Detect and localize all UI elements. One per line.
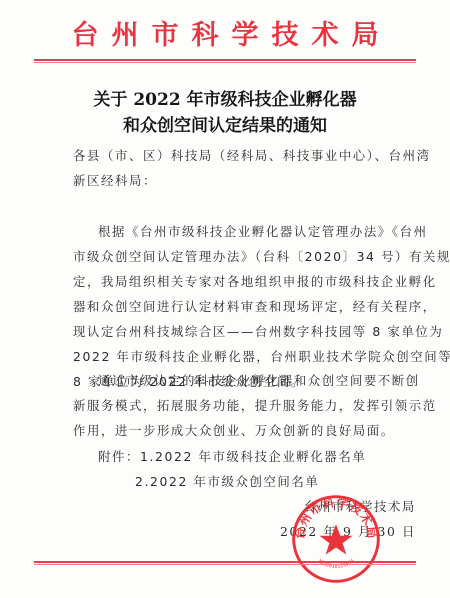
attachment-label: 附件： <box>98 449 140 464</box>
paragraph-line: 市级众创空间认定管理办法》（台科〔2020〕34 号）有关规 <box>73 244 393 269</box>
attachment-text: 1.2022 年市级科技企业孵化器名单 <box>140 449 366 464</box>
paragraph-line: 器和众创空间进行认定材料审查和现场评定，经有关程序， <box>73 294 393 319</box>
paragraph-line: 通过市级认定的科技企业孵化器和众创空间要不断创 <box>73 368 393 393</box>
signature-block: 台州市科学技术局 2022 年 9 月 30 日 <box>280 494 416 544</box>
attachment-item-2: 2.2022 年市级众创空间名单 <box>73 469 393 494</box>
signature-date: 2022 年 9 月 30 日 <box>280 519 416 544</box>
paragraph-2: 通过市级认定的科技企业孵化器和众创空间要不断创 新服务模式，拓展服务功能，提升服… <box>73 368 393 443</box>
divider-thin-line <box>34 564 416 565</box>
organization-letterhead: 台州市科学技术局 <box>34 18 416 54</box>
paragraph-line: 现认定台州科技城综合区——台州数字科技园等 8 家单位为 <box>73 319 393 344</box>
paragraph-line: 作用，进一步形成大众创业、万众创新的良好局面。 <box>73 418 393 443</box>
document-title: 关于 2022 年市级科技企业孵化器 和众创空间认定结果的通知 <box>40 87 410 139</box>
attachments: 附件：1.2022 年市级科技企业孵化器名单 2.2022 年市级众创空间名单 <box>73 444 393 494</box>
attachment-item-1: 附件：1.2022 年市级科技企业孵化器名单 <box>73 444 393 469</box>
signature-organization: 台州市科学技术局 <box>280 494 416 519</box>
paragraph-line: 根据《台州市级科技企业孵化器认定管理办法》《台州 <box>73 219 393 244</box>
divider-thin-line <box>34 62 416 63</box>
paragraph-line: 新服务模式，拓展服务功能，提升服务能力，发挥引领示范 <box>73 393 393 418</box>
footer-divider <box>34 561 416 565</box>
title-line-1: 关于 2022 年市级科技企业孵化器 <box>40 87 410 113</box>
letterhead-divider <box>34 59 416 63</box>
divider-thick-line <box>34 59 416 61</box>
divider-thick-line <box>34 561 416 563</box>
title-line-2: 和众创空间认定结果的通知 <box>40 113 410 139</box>
paragraph-line: 2022 年市级科技企业孵化器，台州职业技术学院众创空间等 <box>73 344 393 369</box>
salutation-line: 各县（市、区）科技局（经科局、科技事业中心）、台州湾 <box>73 143 393 168</box>
document-page: 台州市科学技术局 关于 2022 年市级科技企业孵化器 和众创空间认定结果的通知… <box>0 0 450 598</box>
paragraph-line: 定，我局组织相关专家对各地组织申报的市级科技企业孵化 <box>73 269 393 294</box>
salutation-line: 新区经科局： <box>73 168 393 193</box>
salutation: 各县（市、区）科技局（经科局、科技事业中心）、台州湾 新区经科局： <box>73 143 393 193</box>
